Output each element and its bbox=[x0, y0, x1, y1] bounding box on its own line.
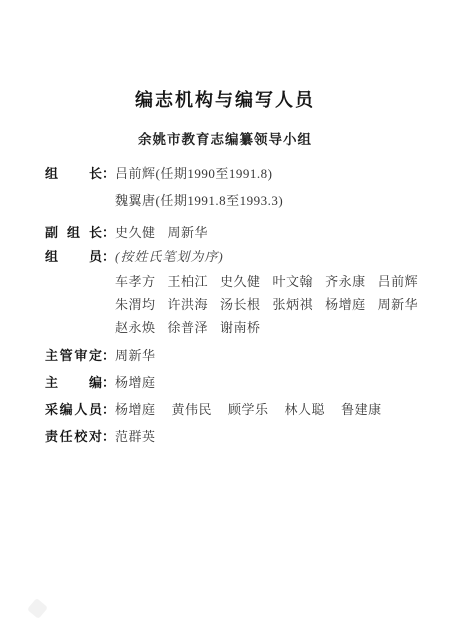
entry-editorial-staff: 采编人员 ： 杨增庭 黄伟民 顾学乐 林人聪 鲁建康 bbox=[45, 398, 428, 421]
sort-order-note: (按姓氏笔划为序) bbox=[115, 245, 428, 268]
person-name: 徐普泽 bbox=[168, 316, 209, 339]
person-name: 车孝方 bbox=[115, 270, 156, 293]
label-colon: ： bbox=[102, 344, 115, 367]
entry-group-leader-continued: 魏翼唐(任期1991.8至1993.3) bbox=[45, 189, 428, 212]
person-name: 张炳祺 bbox=[273, 293, 314, 316]
page-title: 编志机构与编写人员 bbox=[0, 88, 450, 112]
entry-proofreader: 责任校对 ： 范群英 bbox=[45, 425, 428, 448]
credits-list: 组长 ： 吕前辉(任期1990至1991.8) 魏翼唐(任期1991.8至199… bbox=[0, 162, 450, 448]
label-colon: ： bbox=[102, 245, 115, 268]
person-name: 周新华 bbox=[168, 221, 209, 244]
person-name: 鲁建康 bbox=[341, 398, 382, 421]
members-row: 车孝方 王柏江 史久健 叶文翰 齐永康 吕前辉 bbox=[45, 270, 428, 293]
entry-chief-editor: 主编 ： 杨增庭 bbox=[45, 371, 428, 394]
entry-value: 吕前辉(任期1990至1991.8) bbox=[115, 162, 428, 185]
person-name: 王柏江 bbox=[168, 270, 209, 293]
entry-members: 组员 ： (按姓氏笔划为序) bbox=[45, 245, 428, 268]
person-name: 汤长根 bbox=[220, 293, 261, 316]
person-name: 谢南桥 bbox=[220, 316, 261, 339]
person-name: 许洪海 bbox=[168, 293, 209, 316]
label-colon: ： bbox=[102, 425, 115, 448]
label-colon: ： bbox=[102, 371, 115, 394]
entry-label: 组员 bbox=[45, 245, 102, 268]
person-name: 赵永焕 bbox=[115, 316, 156, 339]
person-name: 杨增庭 bbox=[115, 398, 156, 421]
person-name: 杨增庭 bbox=[325, 293, 366, 316]
entry-group-leader: 组长 ： 吕前辉(任期1990至1991.8) bbox=[45, 162, 428, 185]
entry-label: 采编人员 bbox=[45, 398, 102, 421]
entry-label: 主管审定 bbox=[45, 344, 102, 367]
label-colon: ： bbox=[102, 398, 115, 421]
person-name: 史久健 bbox=[115, 221, 156, 244]
label-colon: ： bbox=[102, 162, 115, 185]
members-row: 朱渭均 许洪海 汤长根 张炳祺 杨增庭 周新华 bbox=[45, 293, 428, 316]
person-name: 史久健 bbox=[220, 270, 261, 293]
scanned-document-page: 编志机构与编写人员 余姚市教育志编纂领导小组 组长 ： 吕前辉(任期1990至1… bbox=[0, 0, 450, 642]
person-name: 黄伟民 bbox=[172, 398, 213, 421]
person-name: 范群英 bbox=[115, 425, 156, 448]
person-name: 周新华 bbox=[115, 344, 156, 367]
entry-label: 副组长 bbox=[45, 221, 102, 244]
person-name: 吕前辉 bbox=[378, 270, 419, 293]
person-name: 周新华 bbox=[378, 293, 419, 316]
entry-deputy-leaders: 副组长 ： 史久健 周新华 bbox=[45, 221, 428, 244]
entry-value: 魏翼唐(任期1991.8至1993.3) bbox=[115, 189, 428, 212]
page-subtitle: 余姚市教育志编纂领导小组 bbox=[0, 131, 450, 149]
person-name: 齐永康 bbox=[325, 270, 366, 293]
entry-value: 史久健 周新华 bbox=[115, 221, 428, 244]
person-name: 林人聪 bbox=[285, 398, 326, 421]
entry-review-supervisor: 主管审定 ： 周新华 bbox=[45, 344, 428, 367]
members-row: 赵永焕 徐普泽 谢南桥 bbox=[45, 316, 428, 339]
entry-label: 主编 bbox=[45, 371, 102, 394]
entry-label: 组长 bbox=[45, 162, 102, 185]
person-name: 叶文翰 bbox=[273, 270, 314, 293]
person-name: 顾学乐 bbox=[228, 398, 269, 421]
scan-smudge-artifact bbox=[27, 598, 48, 619]
person-name: 朱渭均 bbox=[115, 293, 156, 316]
label-colon: ： bbox=[102, 221, 115, 244]
entry-label: 责任校对 bbox=[45, 425, 102, 448]
person-name: 杨增庭 bbox=[115, 371, 156, 394]
